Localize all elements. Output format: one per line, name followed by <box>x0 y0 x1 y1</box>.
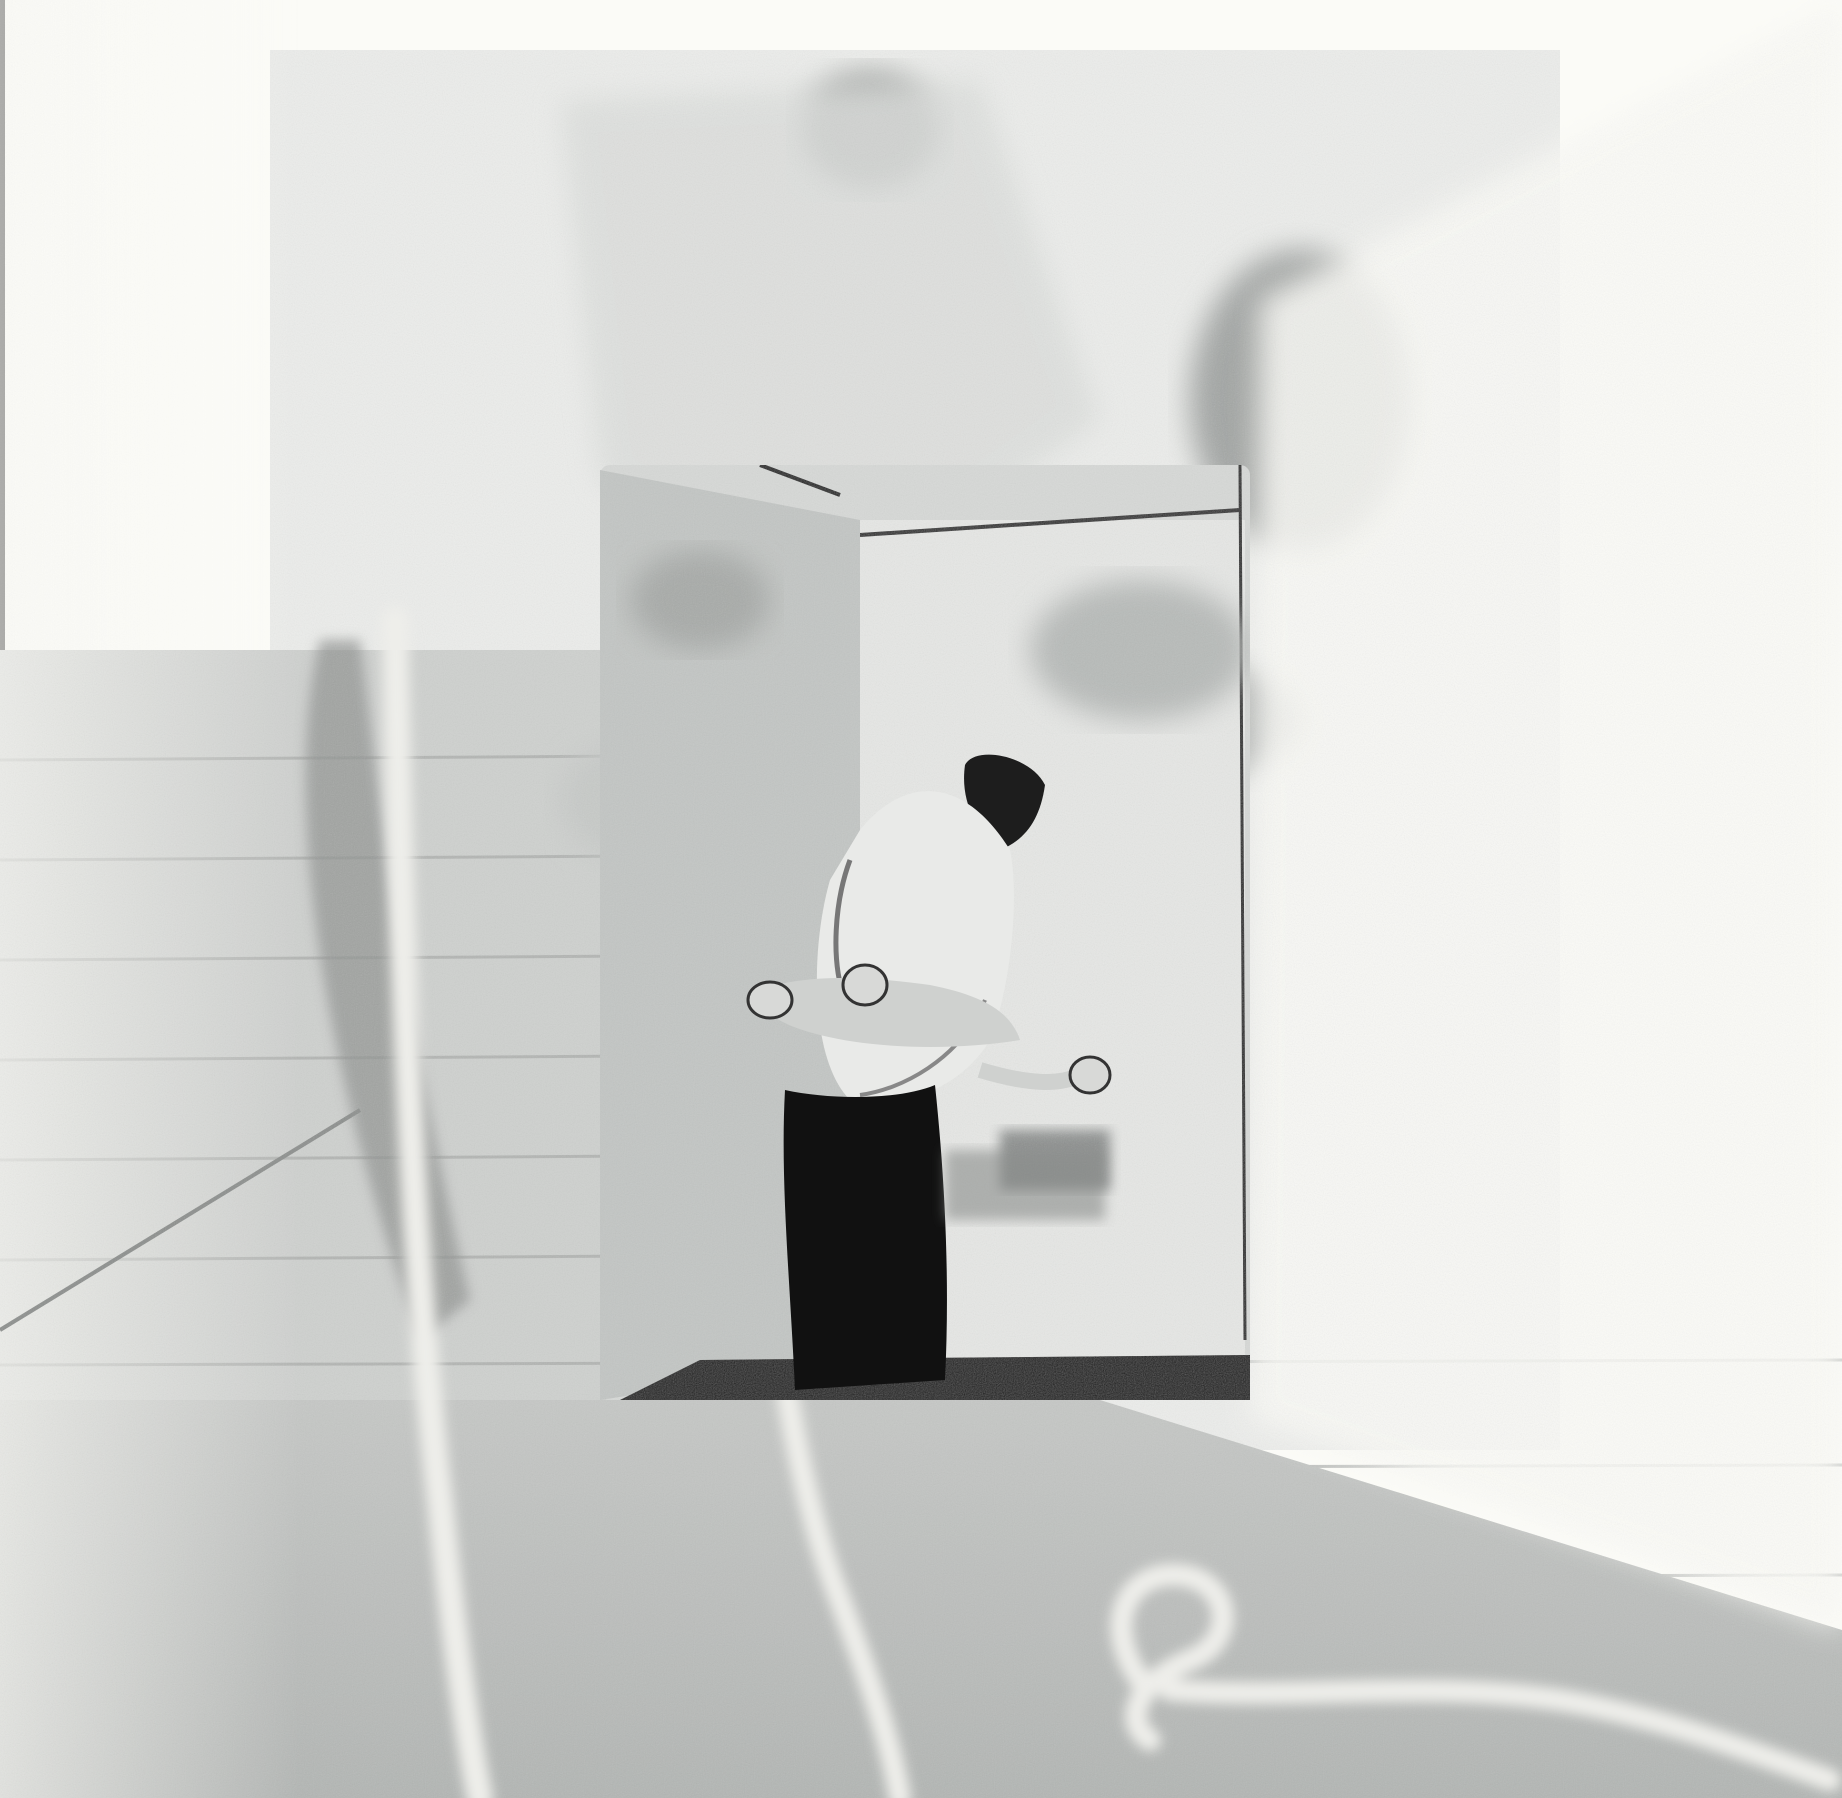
photograph <box>0 0 1842 1798</box>
double-exposure-photo <box>0 0 1842 1798</box>
